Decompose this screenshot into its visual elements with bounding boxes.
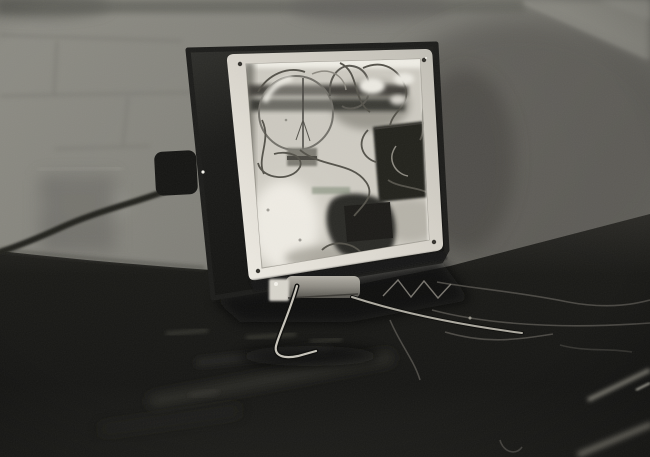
- photograph: [0, 0, 650, 457]
- photo-canvas: [0, 0, 650, 457]
- film-grain-overlay: [0, 0, 650, 457]
